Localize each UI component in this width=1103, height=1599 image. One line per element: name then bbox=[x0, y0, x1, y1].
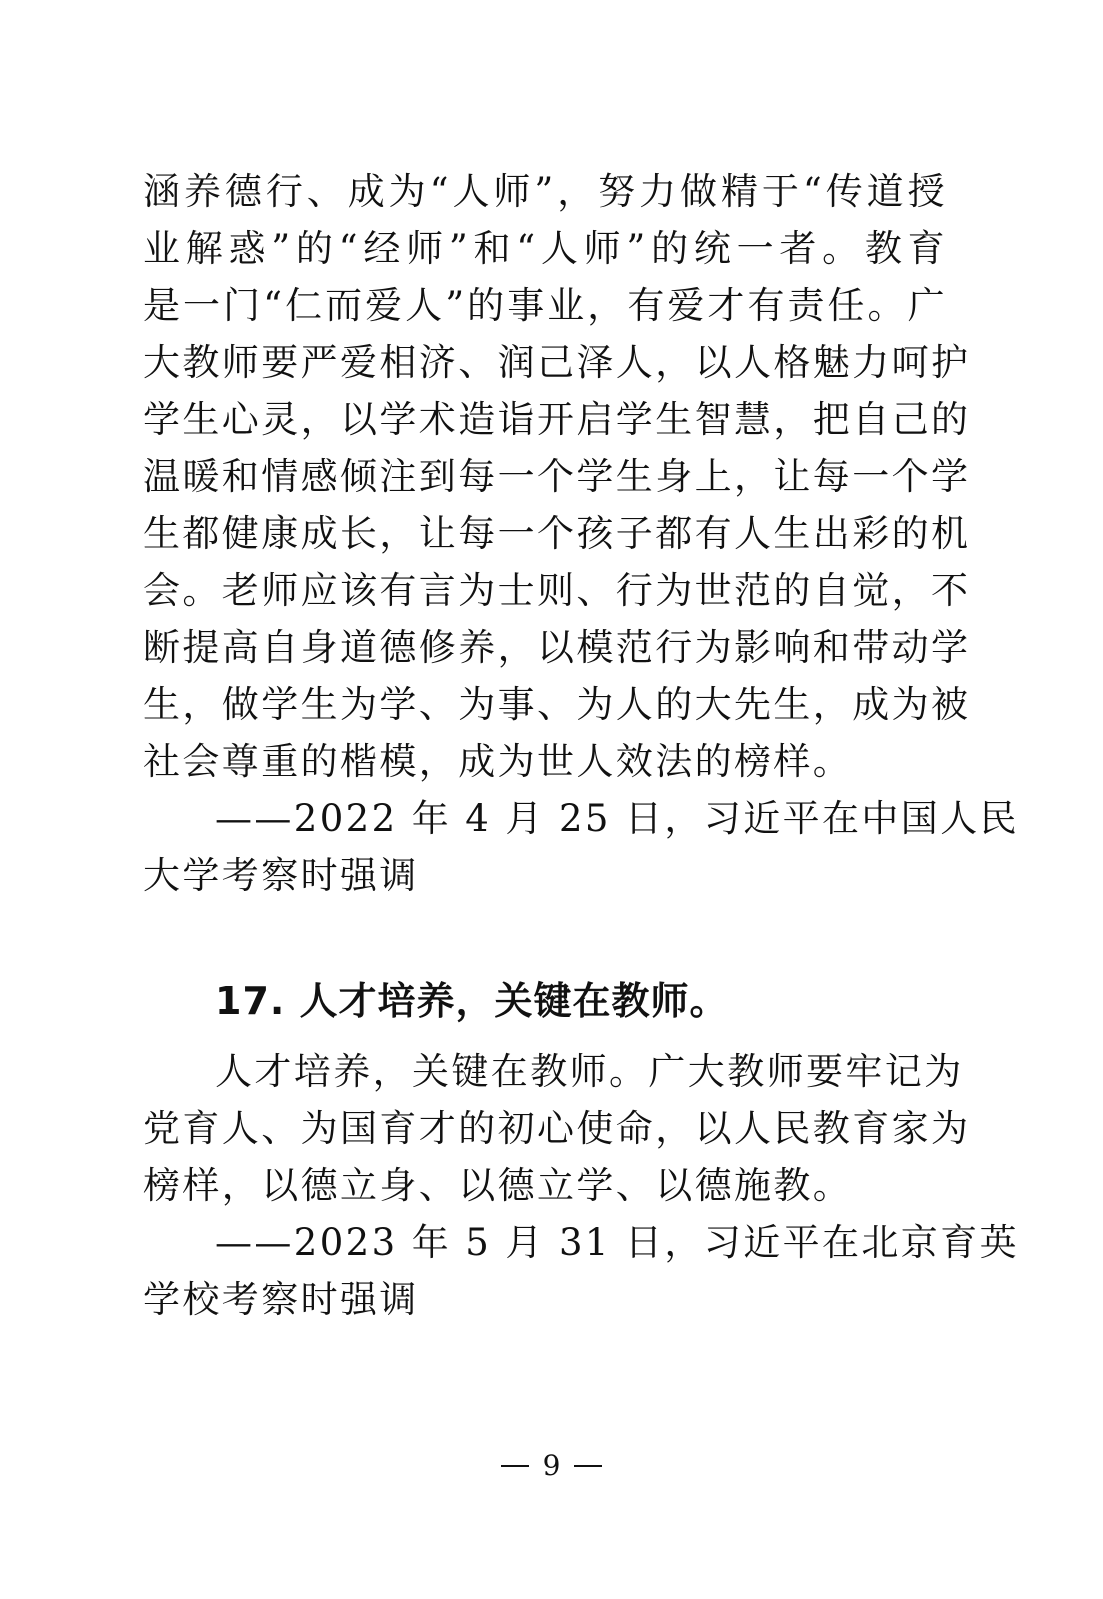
paragraph-line: 社会尊重的楷模，成为世人效法的榜样。 bbox=[143, 733, 852, 790]
source-attribution: ——2023 年 5 月 31 日，习近平在北京育英 bbox=[215, 1214, 930, 1271]
paragraph-line: 生，做学生为学、为事、为人的大先生，成为被 bbox=[143, 676, 947, 733]
footer-dash-left bbox=[501, 1465, 529, 1467]
paragraph-line: 是一门“仁而爱人”的事业，有爱才有责任。广 bbox=[143, 277, 947, 334]
source-attribution: ——2022 年 4 月 25 日，习近平在中国人民 bbox=[215, 790, 947, 847]
paragraph-line: 党育人、为国育才的初心使命，以人民教育家为 bbox=[143, 1100, 947, 1157]
section-heading: 17. 人才培养，关键在教师。 bbox=[215, 971, 729, 1031]
paragraph-line: 榜样，以德立身、以德立学、以德施教。 bbox=[143, 1157, 852, 1214]
document-page: 涵养德行、成为“人师”，努力做精于“传道授 业解惑”的“经师”和“人师”的统一者… bbox=[0, 0, 1103, 1599]
page-number: 9 bbox=[543, 1448, 561, 1484]
paragraph-line: 生都健康成长，让每一个孩子都有人生出彩的机 bbox=[143, 505, 947, 562]
paragraph-line: 温暖和情感倾注到每一个学生身上，让每一个学 bbox=[143, 448, 947, 505]
source-attribution-continued: 大学考察时强调 bbox=[143, 847, 419, 904]
paragraph-line: 大教师要严爱相济、润己泽人，以人格魅力呵护 bbox=[143, 334, 947, 391]
source-attribution-continued: 学校考察时强调 bbox=[143, 1271, 419, 1328]
page-footer: 9 bbox=[0, 1446, 1103, 1484]
paragraph-line: 人才培养，关键在教师。广大教师要牢记为 bbox=[215, 1043, 947, 1100]
paragraph-line: 会。老师应该有言为士则、行为世范的自觉，不 bbox=[143, 562, 947, 619]
paragraph-line: 涵养德行、成为“人师”，努力做精于“传道授 bbox=[143, 163, 947, 220]
paragraph-line: 断提高自身道德修养，以模范行为影响和带动学 bbox=[143, 619, 947, 676]
footer-dash-right bbox=[574, 1465, 602, 1467]
paragraph-line: 学生心灵，以学术造诣开启学生智慧，把自己的 bbox=[143, 391, 947, 448]
paragraph-line: 业解惑”的“经师”和“人师”的统一者。教育 bbox=[143, 220, 947, 277]
